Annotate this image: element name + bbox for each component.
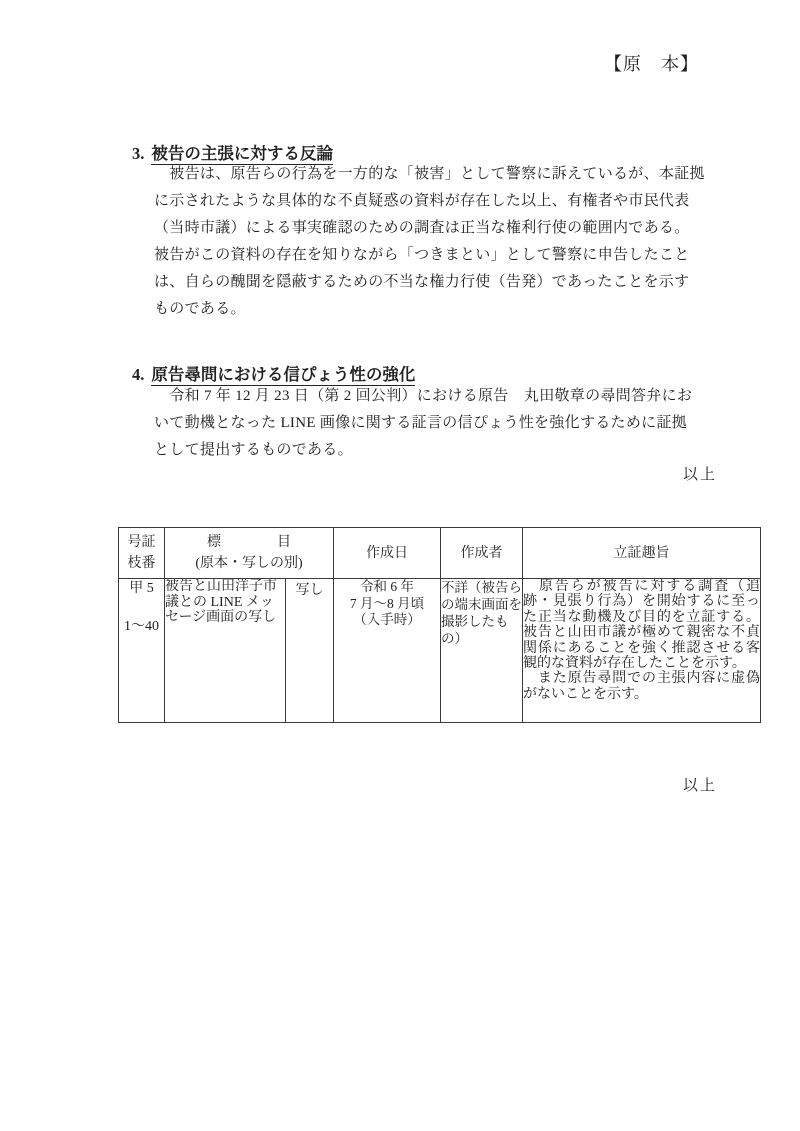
closing-statement-bottom: 以上 [683,774,717,795]
cell-author: 不詳（被告らの端末画面を撮影したもの） [441,579,523,723]
col-header-title-sub: (原本・写しの別) [165,553,333,574]
original-stamp: 【原 本】 [604,50,699,76]
cell-title: 被告と山田洋子市議との LINE メッセージ画面の写し [165,579,286,723]
cell-copy-type: 写し [286,579,334,723]
cell-exhibit-number: 甲 5 1～40 [119,579,165,723]
evidence-table: 号証 枝番 標 目 (原本・写しの別) 作成日 作成者 立証趣旨 甲 5 1～4… [118,527,761,723]
section-4-number: 4. [132,365,144,385]
table-row: 甲 5 1～40 被告と山田洋子市議との LINE メッセージ画面の写し 写し … [119,579,761,723]
col-header-exhibit-number: 号証 枝番 [119,528,165,579]
page: 【原 本】 3.被告の主張に対する反論 被告は、原告らの行為を一方的な「被害」と… [0,0,800,1131]
col-header-author: 作成者 [441,528,523,579]
section-3-number: 3. [132,144,144,164]
cell-created-date: 令和 6 年 7 月～8 月頃 （入手時） [334,579,441,723]
section-4-body: 令和 7 年 12 月 23 日（第 2 回公判）における原告 丸田敬章の尋問答… [154,383,744,464]
table-header-row: 号証 枝番 標 目 (原本・写しの別) 作成日 作成者 立証趣旨 [119,528,761,579]
col-header-title: 標 目 (原本・写しの別) [165,528,334,579]
col-header-purpose: 立証趣旨 [523,528,761,579]
section-4-heading: 4.原告尋問における信ぴょう性の強化 [132,361,415,385]
closing-statement-top: 以上 [683,463,717,484]
section-3-body: 被告は、原告らの行為を一方的な「被害」として警察に訴えているが、本証拠 に示され… [154,161,744,323]
col-header-title-main: 標 目 [165,532,333,553]
col-header-created-date: 作成日 [334,528,441,579]
cell-purpose: 原告らが被告に対する調査（追跡・見張り行為）を開始するに至った正当な動機及び目的… [523,579,761,723]
